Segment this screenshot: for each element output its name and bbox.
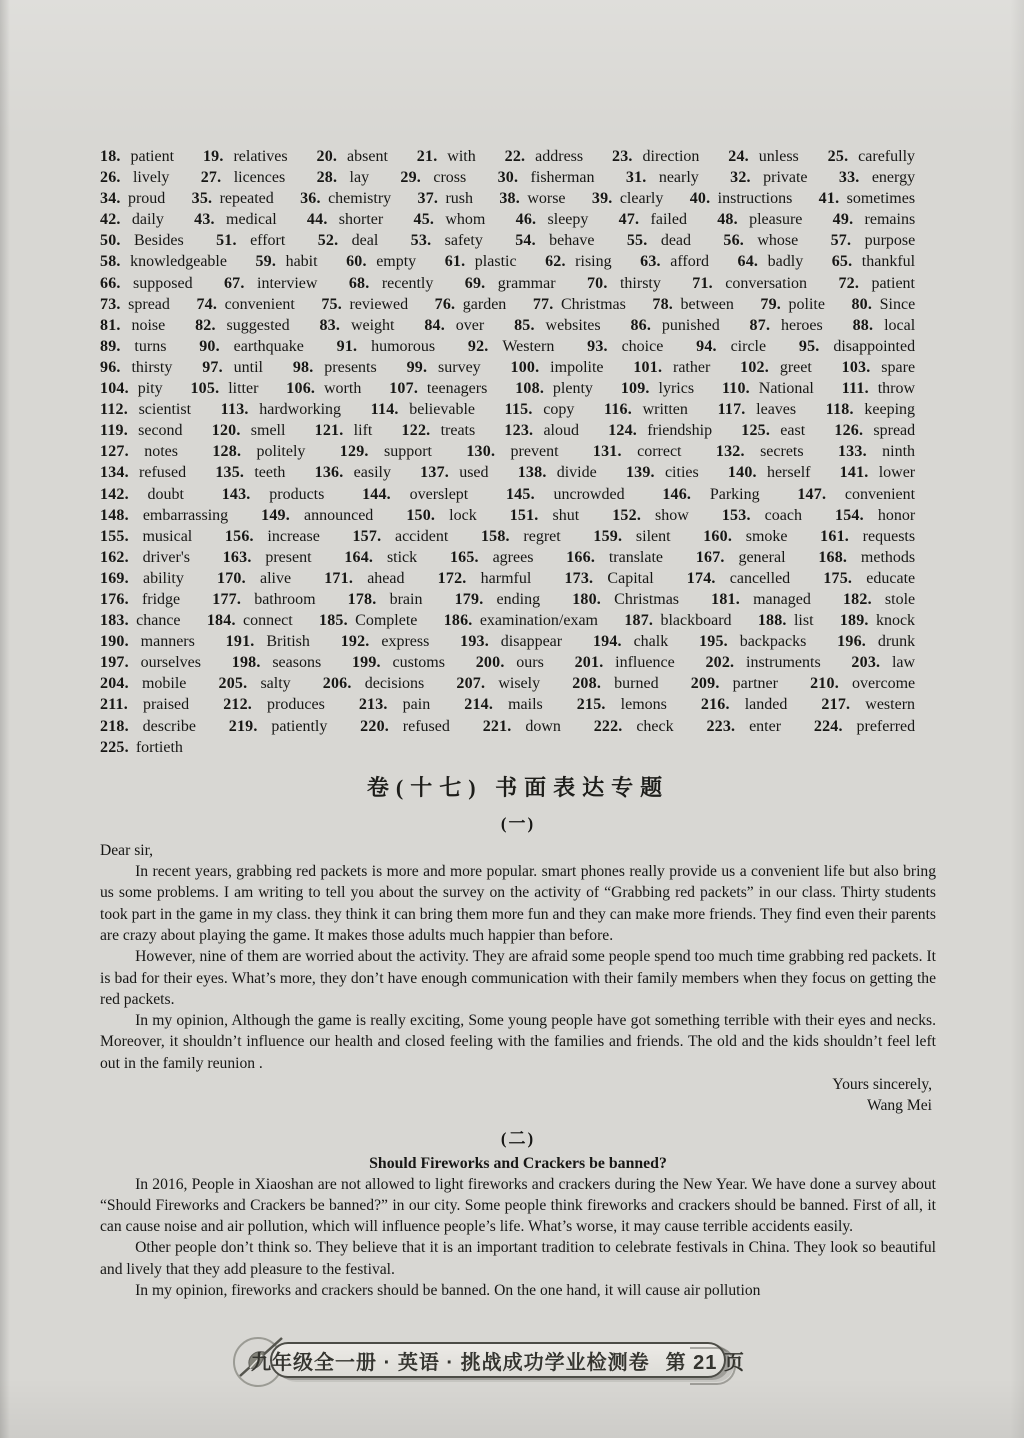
footer-book-label: 九年级全一册 · 英语 · 挑战成功学业检测卷 [251,1346,650,1375]
answer-item: 128. politely [212,443,305,460]
answer-item: 38. worse [499,190,565,207]
answer-item: 90. earthquake [199,338,304,355]
answer-item: 44. shorter [307,211,383,228]
answer-item: 195. backpacks [699,633,806,650]
letter-closing: Yours sincerely, [100,1074,936,1095]
answer-item: 180. Christmas [572,591,679,608]
answer-item: 87. heroes [750,317,823,334]
answer-item: 204. mobile [100,675,186,692]
answer-item: 64. badly [738,253,804,270]
answer-item: 210. overcome [810,675,915,692]
answer-item: 143. products [222,486,325,503]
answer-item: 139. cities [626,464,699,481]
answer-item: 155. musical [100,528,192,545]
answer-item: 20. absent [317,148,388,165]
answer-item: 184. connect [207,612,293,629]
letter-paragraph: In my opinion, Although the game is real… [100,1010,936,1074]
answer-item: 127. notes [100,443,178,460]
answer-item: 141. lower [840,464,915,481]
answer-item: 153. coach [722,507,802,524]
answer-item: 37. rush [418,190,474,207]
answer-item: 152. show [612,507,689,524]
answer-item: 63. afford [640,253,709,270]
answer-item: 132. secrets [716,443,804,460]
answer-item: 100. impolite [511,359,604,376]
answer-item: 151. shut [510,507,580,524]
answer-item: 173. Capital [564,570,653,587]
answer-item: 197. ourselves [100,654,201,671]
answer-item: 74. convenient [196,296,294,313]
answer-item: 159. silent [593,528,670,545]
letter-paragraph: However, nine of them are worried about … [100,946,936,1010]
answer-item: 172. harmful [438,570,532,587]
letter-one: Dear sir, In recent years, grabbing red … [100,840,936,1117]
answer-item: 82. suggested [195,317,290,334]
answer-item: 99. survey [407,359,481,376]
page-content: 18. patient 19. relatives 20. absent 21.… [100,146,936,1301]
answer-item: 189. knock [840,612,915,629]
answer-item: 164. stick [344,549,417,566]
section-title: 卷(十七) 书面表达专题 [100,771,936,802]
essay-paragraph: In my opinion, fireworks and crackers sh… [100,1280,936,1301]
answer-item: 216. landed [701,696,788,713]
answer-item: 45. whom [414,211,486,228]
answer-item: 77. Christmas [533,296,626,313]
answer-item: 67. interview [224,275,317,292]
answer-item: 201. influence [575,654,675,671]
answer-item: 177. bathroom [212,591,315,608]
answer-item: 119. second [100,422,183,439]
answer-item: 84. over [424,317,484,334]
answer-item: 108. plenty [515,380,593,397]
answer-item: 200. ours [476,654,544,671]
answer-item: 196. drunk [837,633,915,650]
answer-item: 211. praised [100,696,189,713]
answer-item: 224. preferred [814,718,915,735]
answer-item: 169. ability [100,570,184,587]
answer-item: 47. failed [619,211,687,228]
answer-item: 193. disappear [460,633,562,650]
answer-item: 29. cross [400,169,466,186]
answer-item: 92. Western [468,338,554,355]
answer-item: 107. teenagers [389,380,487,397]
answer-item: 117. leaves [718,401,797,418]
answer-item: 31. nearly [626,169,699,186]
essay-title: Should Fireworks and Crackers be banned? [100,1155,936,1173]
answer-item: 171. ahead [324,570,404,587]
answer-item: 136. easily [315,464,391,481]
answer-item: 24. unless [728,148,799,165]
answer-item: 95. disappointed [799,338,915,355]
answer-item: 42. daily [100,211,164,228]
essay-two: In 2016, People in Xiaoshan are not allo… [100,1174,936,1302]
answer-item: 214. mails [464,696,543,713]
answer-item: 101. rather [633,359,710,376]
answer-item: 183. chance [100,612,181,629]
answer-item: 137. used [420,464,488,481]
answer-item: 113. hardworking [221,401,341,418]
answer-item: 221. down [483,718,561,735]
answer-item: 59. habit [255,253,317,270]
part-two-label: (二) [100,1124,936,1149]
answer-item: 61. plastic [445,253,517,270]
answer-item: 142. doubt [100,486,184,503]
answer-item: 41. sometimes [819,190,915,207]
answer-item: 223. enter [706,718,781,735]
answer-item: 156. increase [225,528,320,545]
answer-item: 72. patient [838,275,915,292]
answer-item: 207. wisely [456,675,540,692]
answer-item: 186. examination/exam [444,612,598,629]
answer-item: 76. garden [435,296,507,313]
answer-item: 140. herself [728,464,811,481]
answer-item: 46. sleepy [516,211,589,228]
answer-item: 191. British [226,633,310,650]
answer-item: 51. effort [216,232,285,249]
answer-item: 179. ending [455,591,540,608]
answer-item: 199. customs [352,654,445,671]
answer-item: 150. lock [406,507,476,524]
answer-item: 109. lyrics [621,380,694,397]
answer-item: 126. spread [834,422,915,439]
scanned-page: 18. patient 19. relatives 20. absent 21.… [0,0,1024,1438]
answer-item: 149. announced [261,507,373,524]
answer-item: 28. lay [317,169,370,186]
answer-item: 112. scientist [100,401,191,418]
answer-item: 49. remains [833,211,916,228]
answer-item: 115. copy [505,401,575,418]
answer-item: 165. agrees [450,549,533,566]
answer-item: 36. chemistry [300,190,391,207]
answer-item: 23. direction [612,148,699,165]
answer-item: 205. salty [219,675,291,692]
answer-item: 75. reviewed [321,296,408,313]
answer-item: 167. general [696,549,786,566]
answer-item: 52. deal [318,232,379,249]
answer-item: 161. requests [820,528,915,545]
answer-item: 70. thirsty [587,275,661,292]
answer-item: 30. fisherman [498,169,595,186]
answer-item: 57. purpose [831,232,916,249]
answer-item: 85. websites [514,317,601,334]
answer-item: 68. recently [349,275,434,292]
answer-item: 118. keeping [826,401,915,418]
answer-item: 48. pleasure [717,211,802,228]
answer-item: 25. carefully [828,148,915,165]
answer-item: 110. National [722,380,814,397]
answer-item: 217. western [821,696,915,713]
answer-item: 79. polite [760,296,825,313]
answer-item: 73. spread [100,296,170,313]
answer-item: 97. until [202,359,263,376]
answer-item: 181. managed [711,591,811,608]
answer-item: 93. choice [587,338,663,355]
answer-item: 106. worth [286,380,361,397]
answer-item: 65. thankful [832,253,915,270]
answer-item: 163. present [223,549,312,566]
answer-item: 133. ninth [838,443,915,460]
answer-item: 35. repeated [192,190,274,207]
answer-item: 187. blackboard [624,612,731,629]
answer-item: 134. refused [100,464,186,481]
answer-item: 71. conversation [692,275,807,292]
answer-item: 105. litter [190,380,258,397]
answer-item: 111. throw [842,380,915,397]
answer-item: 91. humorous [337,338,435,355]
answer-item: 174. cancelled [687,570,790,587]
answers-list: 18. patient 19. relatives 20. absent 21.… [100,146,936,758]
answer-item: 43. medical [194,211,277,228]
answer-item: 203. law [851,654,915,671]
part-one-label: (一) [100,809,936,834]
answer-item: 135. teeth [215,464,285,481]
answer-item: 96. thirsty [100,359,172,376]
answer-item: 154. honor [835,507,915,524]
answer-item: 123. aloud [504,422,579,439]
answer-item: 39. clearly [592,190,663,207]
answer-item: 218. describe [100,718,196,735]
answer-item: 130. prevent [466,443,558,460]
answer-item: 54. behave [515,232,594,249]
answer-item: 81. noise [100,317,165,334]
answer-item: 209. partner [691,675,778,692]
footer-text: 九年级全一册 · 英语 · 挑战成功学业检测卷 第 21 页 [270,1342,726,1378]
answer-item: 160. smoke [703,528,787,545]
answer-item: 33. energy [839,169,915,186]
answer-item: 102. greet [740,359,812,376]
answer-item: 53. safety [411,232,483,249]
answer-item: 222. check [594,718,674,735]
answer-item: 192. express [341,633,430,650]
answer-item: 69. grammar [465,275,556,292]
answer-item: 88. local [853,317,916,334]
answer-item: 219. patiently [229,718,328,735]
essay-paragraph: In 2016, People in Xiaoshan are not allo… [100,1174,936,1238]
answer-item: 120. smell [212,422,286,439]
answer-item: 89. turns [100,338,166,355]
answer-item: 34. proud [100,190,165,207]
answer-item: 190. manners [100,633,195,650]
answer-item: 18. patient [100,148,174,165]
answer-item: 58. knowledgeable [100,253,227,270]
answer-item: 26. lively [100,169,169,186]
answer-item: 22. address [505,148,583,165]
answer-item: 215. lemons [577,696,667,713]
answer-item: 146. Parking [662,486,759,503]
answer-item: 94. circle [696,338,766,355]
answer-item: 66. supposed [100,275,193,292]
answer-item: 213. pain [359,696,430,713]
answer-item: 131. correct [593,443,682,460]
answer-item: 147. convenient [797,486,915,503]
answer-item: 168. methods [818,549,915,566]
answer-item: 158. regret [481,528,561,545]
answer-item: 206. decisions [323,675,424,692]
answer-item: 202. instruments [705,654,820,671]
answer-item: 56. whose [723,232,798,249]
answer-item: 50. Besides [100,232,184,249]
answer-item: 104. pity [100,380,163,397]
answer-item: 166. translate [566,549,663,566]
answer-item: 116. written [604,401,688,418]
answer-item: 114. believable [371,401,475,418]
answer-item: 122. treats [402,422,476,439]
footer-page-number: 第 21 页 [666,1346,745,1375]
answer-item: 220. refused [360,718,450,735]
answer-item: 129. support [340,443,432,460]
answer-item: 175. educate [823,570,915,587]
answer-item: 178. brain [348,591,423,608]
answer-item: 125. east [741,422,805,439]
answer-item: 62. rising [545,253,612,270]
answer-item: 121. lift [315,422,373,439]
essay-paragraph: Other people don’t think so. They believ… [100,1237,936,1280]
answer-item: 103. spare [842,359,915,376]
answer-item: 60. empty [346,253,416,270]
answer-item: 98. presents [293,359,377,376]
letter-salutation: Dear sir, [100,840,936,861]
answer-item: 86. punished [630,317,719,334]
answer-item: 144. overslept [362,486,468,503]
answer-item: 21. with [417,148,476,165]
answer-item: 19. relatives [203,148,288,165]
answer-item: 185. Complete [319,612,417,629]
answer-item: 157. accident [352,528,448,545]
answer-item: 32. private [730,169,807,186]
answer-item: 145. uncrowded [506,486,625,503]
answer-item: 148. embarrassing [100,507,228,524]
answer-item: 188. list [758,612,814,629]
answer-item: 212. produces [223,696,325,713]
page-footer-banner: 九年级全一册 · 英语 · 挑战成功学业检测卷 第 21 页 [270,1342,726,1378]
answer-item: 162. driver's [100,549,190,566]
answer-item: 170. alive [217,570,291,587]
letter-signature: Wang Mei [100,1095,936,1116]
answer-item: 124. friendship [608,422,712,439]
answer-item: 198. seasons [232,654,321,671]
answer-item: 225. fortieth [100,739,183,756]
answer-item: 83. weight [319,317,394,334]
answer-item: 182. stole [843,591,915,608]
answer-item: 55. dead [627,232,691,249]
answer-item: 80. Since [851,296,915,313]
answer-item: 138. divide [518,464,597,481]
answer-item: 194. chalk [593,633,668,650]
answer-item: 208. burned [572,675,658,692]
answer-item: 40. instructions [690,190,793,207]
letter-paragraph: In recent years, grabbing red packets is… [100,861,936,946]
answer-item: 78. between [652,296,733,313]
answer-item: 176. fridge [100,591,180,608]
answer-item: 27. licences [201,169,285,186]
